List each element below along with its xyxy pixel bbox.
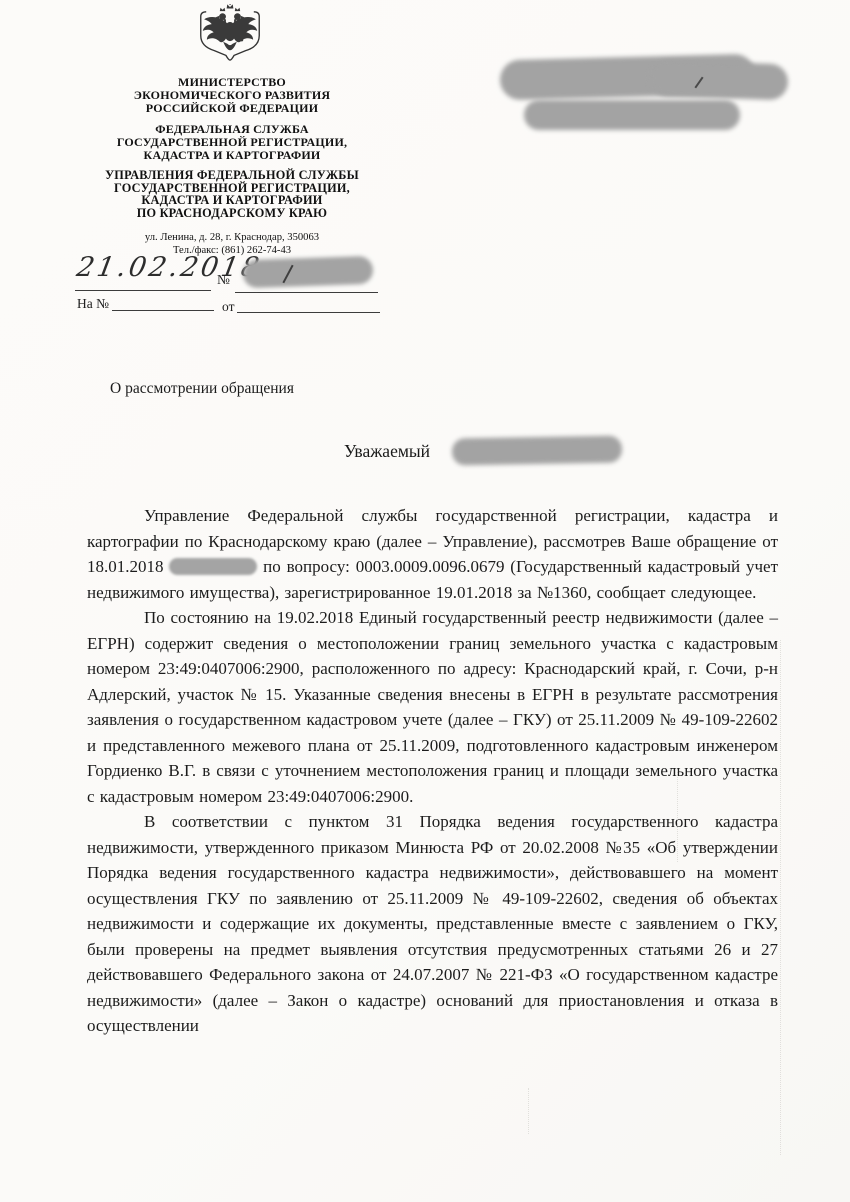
redaction-recipient-line1b (649, 60, 788, 101)
number-label: № (217, 272, 230, 288)
letterhead: МИНИСТЕРСТВО ЭКОНОМИЧЕСКОГО РАЗВИТИЯ РОС… (62, 76, 402, 257)
paragraph-3: В соответствии с пунктом 31 Порядка веде… (87, 809, 778, 1039)
ministry-name: МИНИСТЕРСТВО ЭКОНОМИЧЕСКОГО РАЗВИТИЯ РОС… (62, 76, 402, 114)
redaction-applicant-name (169, 558, 257, 575)
federal-service-name: ФЕДЕРАЛЬНАЯ СЛУЖБА ГОСУДАРСТВЕННОЙ РЕГИС… (62, 123, 402, 161)
scan-artifact-line (677, 770, 678, 862)
salutation: Уважаемый (344, 441, 430, 462)
redaction-recipient-line2 (524, 100, 740, 130)
paragraph-2: По состоянию на 19.02.2018 Единый госуда… (87, 605, 778, 809)
redaction-outgoing-number (243, 256, 374, 289)
reply-number-underline (112, 310, 214, 311)
russian-coat-of-arms-icon (196, 4, 264, 70)
number-underline (235, 292, 378, 293)
postal-address: ул. Ленина, д. 28, г. Краснодар, 350063 (62, 231, 402, 244)
reply-date-underline (237, 312, 380, 313)
reply-date-label: от (222, 299, 234, 315)
scan-artifact-line (780, 640, 781, 1155)
paragraph-1: Управление Федеральной службы государств… (87, 503, 778, 605)
redaction-addressee-name (452, 436, 622, 466)
scanned-letter-page: МИНИСТЕРСТВО ЭКОНОМИЧЕСКОГО РАЗВИТИЯ РОС… (0, 0, 850, 1202)
subject-line: О рассмотрении обращения (110, 380, 294, 398)
scan-artifact-line (528, 1088, 529, 1134)
reply-to-label: На № (77, 296, 109, 312)
handwritten-date: 21.02.2018 (74, 252, 264, 283)
date-underline (75, 290, 211, 291)
regional-department-name: УПРАВЛЕНИЯ ФЕДЕРАЛЬНОЙ СЛУЖБЫ ГОСУДАРСТВ… (62, 169, 402, 220)
letter-body: Управление Федеральной службы государств… (87, 503, 778, 1039)
reference-block: 21.02.2018 № На № от (75, 252, 395, 322)
